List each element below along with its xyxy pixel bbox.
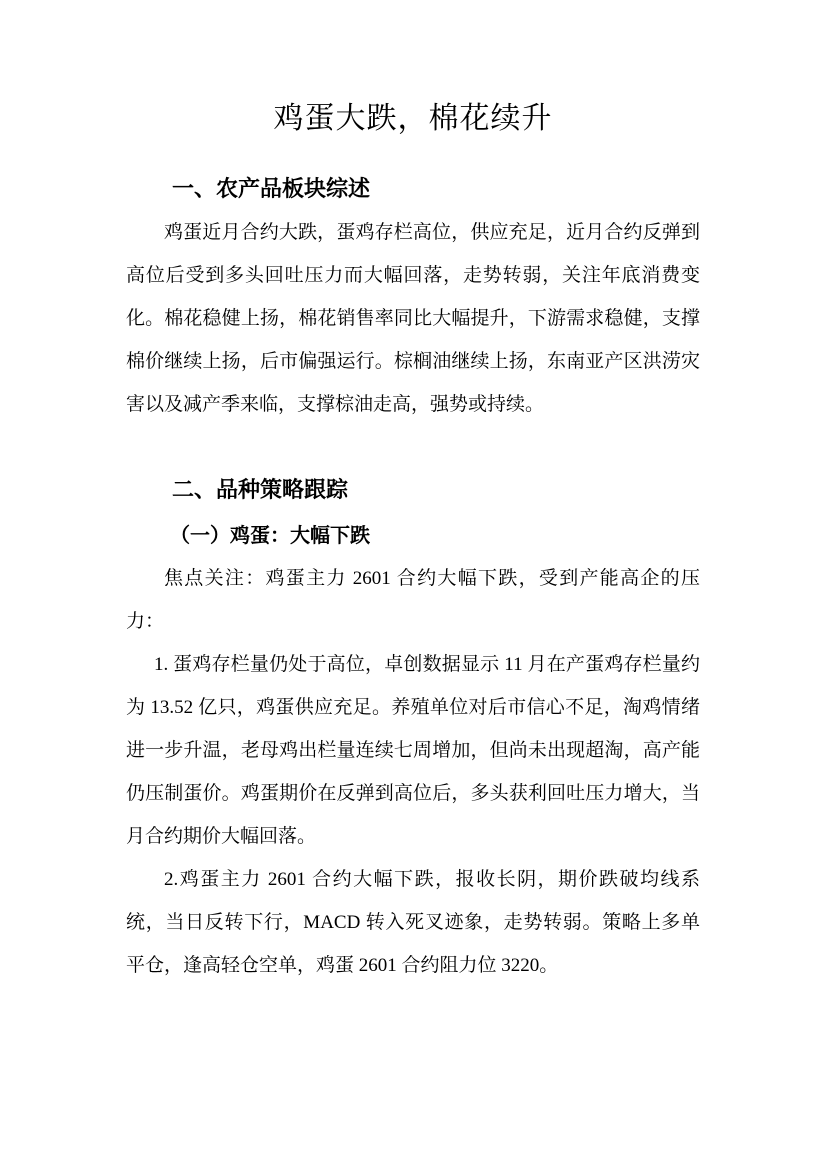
document-page: 鸡蛋大跌，棉花续升 一、农产品板块综述 鸡蛋近月合约大跌，蛋鸡存栏高位，供应充足… — [0, 0, 826, 1169]
document-title: 鸡蛋大跌，棉花续升 — [126, 97, 700, 141]
section-1-heading: 一、农产品板块综述 — [126, 175, 700, 202]
list-item-2: 2.鸡蛋主力 2601 合约大幅下跌，报收长阴，期价跌破均线系统，当日反转下行，… — [126, 858, 700, 987]
section-1-paragraph: 鸡蛋近月合约大跌，蛋鸡存栏高位，供应充足，近月合约反弹到高位后受到多头回吐压力而… — [126, 211, 700, 426]
focus-paragraph: 焦点关注：鸡蛋主力 2601 合约大幅下跌，受到产能高企的压力： — [126, 557, 700, 643]
list-item-1: 1. 蛋鸡存栏量仍处于高位，卓创数据显示 11 月在产蛋鸡存栏量约为 13.52… — [126, 643, 700, 858]
subsection-1-heading: （一）鸡蛋：大幅下跌 — [126, 523, 700, 550]
section-2-heading: 二、品种策略跟踪 — [126, 476, 700, 503]
